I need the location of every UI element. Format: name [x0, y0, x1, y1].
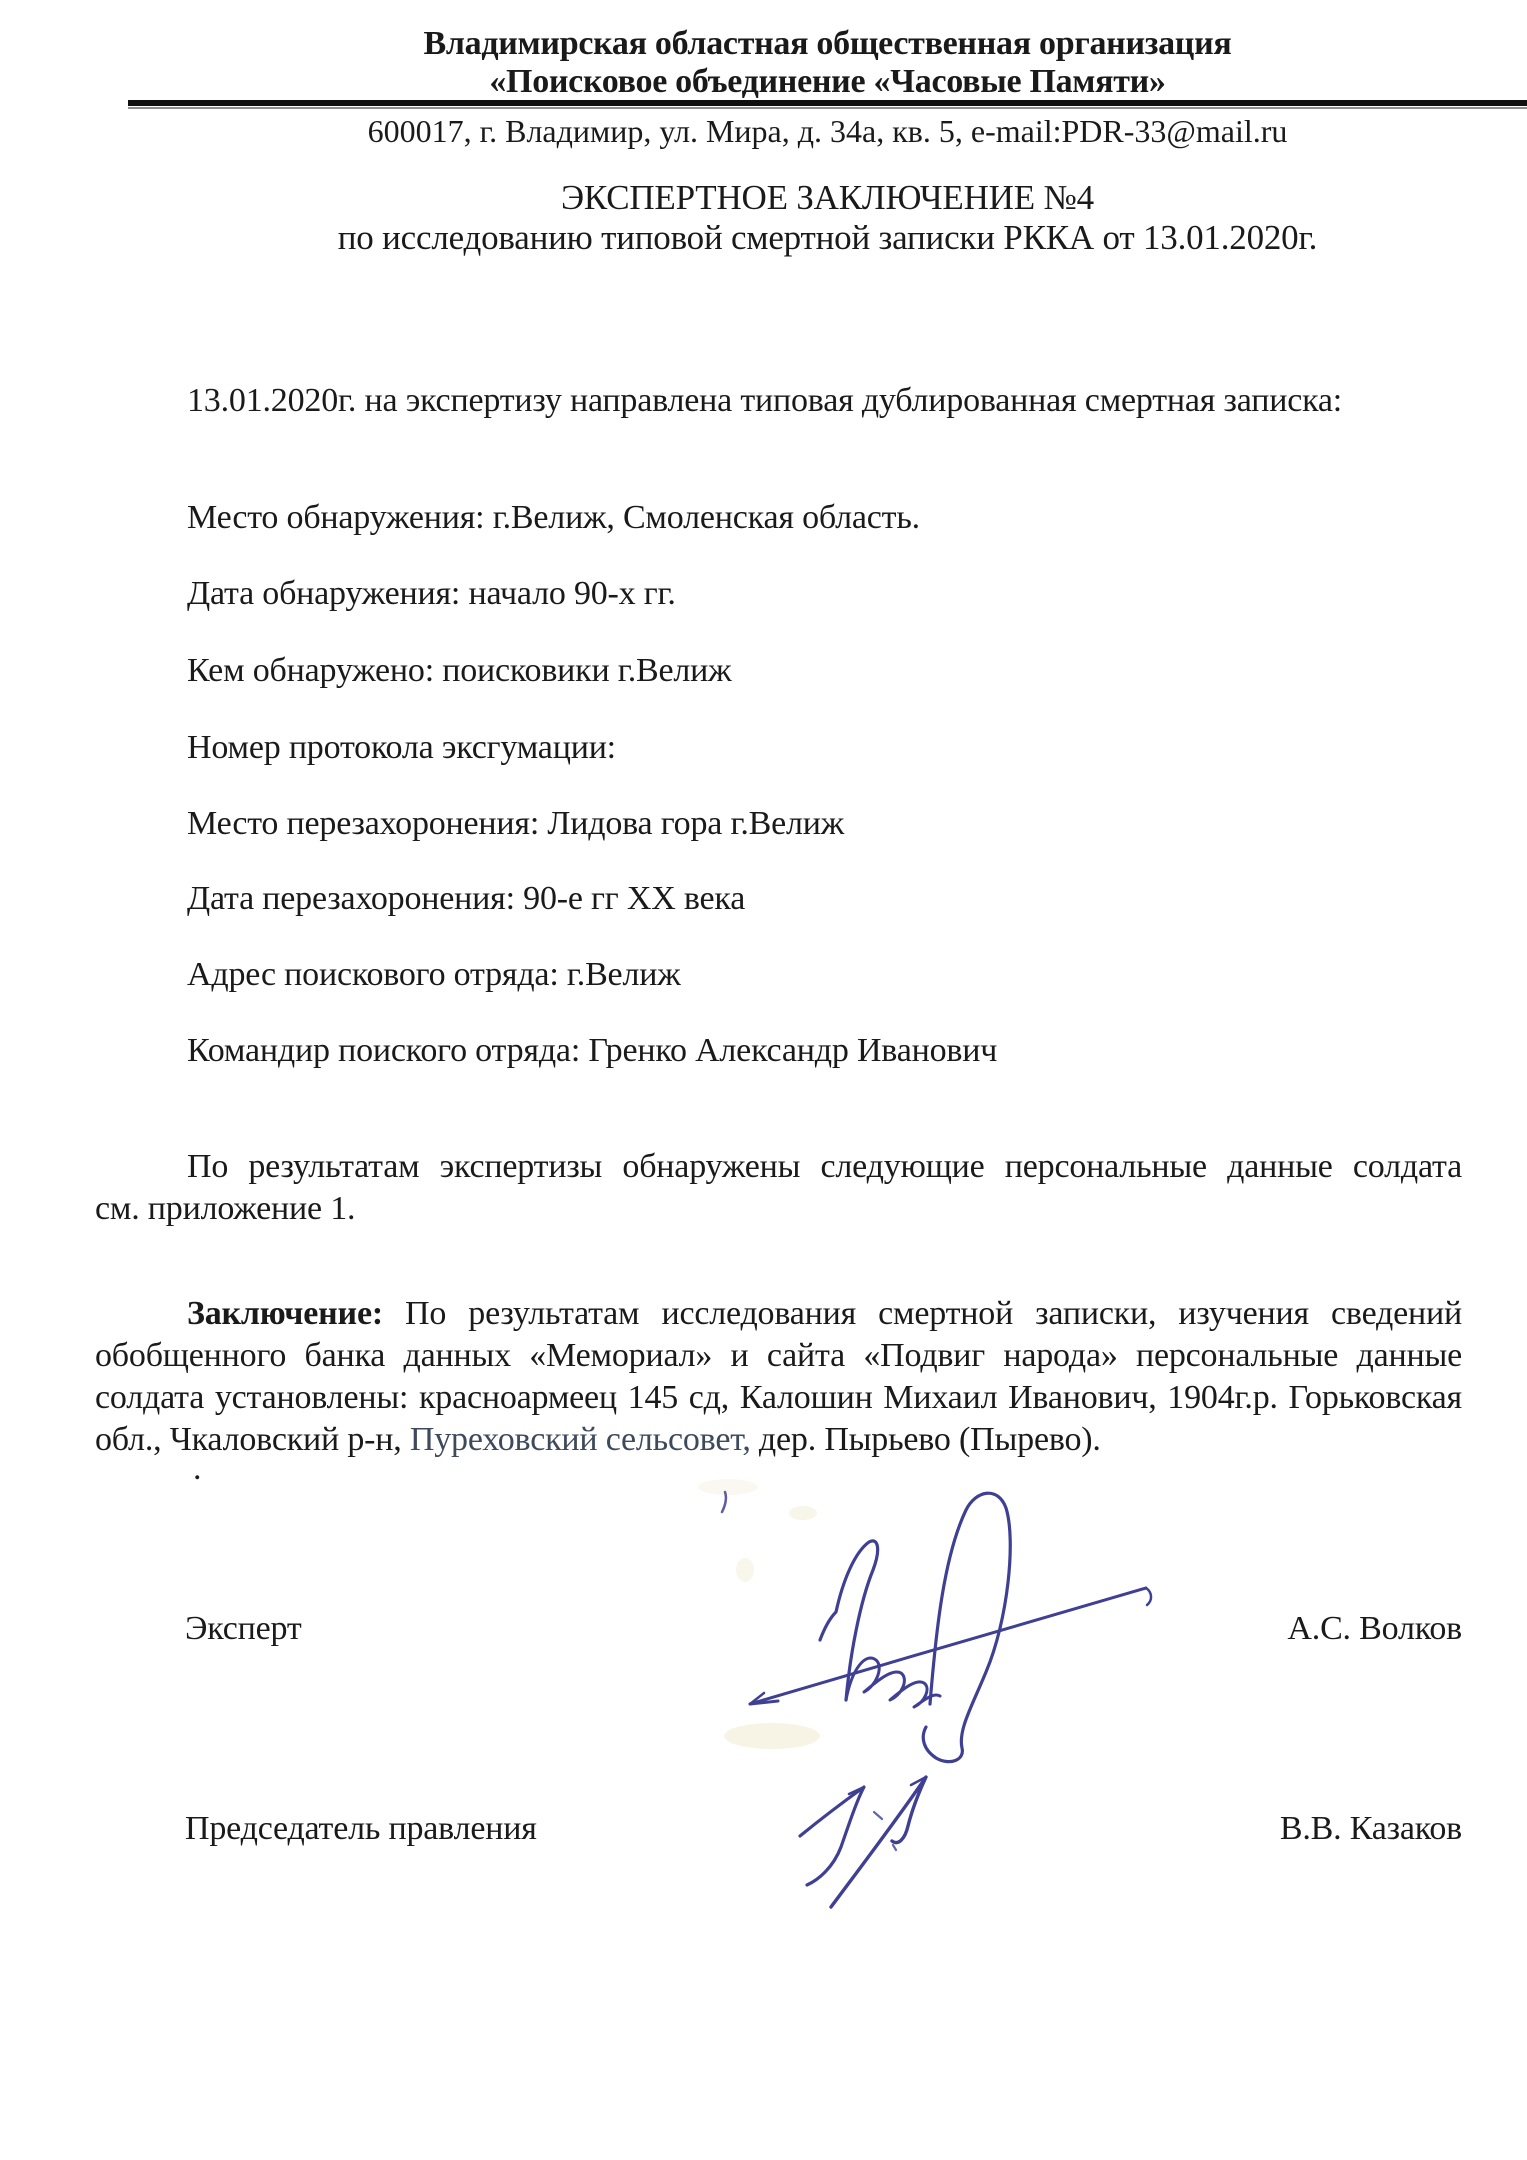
chairman-role-label: Председатель правления: [185, 1808, 537, 1850]
expert-name: А.С. Волков: [1287, 1608, 1462, 1650]
stray-period: .: [193, 1448, 201, 1490]
conclusion-paragraph: Заключение: По результатам исследования …: [95, 1293, 1462, 1461]
field-reburial-place: Место перезахоронения: Лидова гора г.Вел…: [187, 803, 1477, 845]
field-reburial-date: Дата перезахоронения: 90-е гг ХХ века: [187, 878, 1477, 920]
results-text: По результатам экспертизы обнаружены сле…: [187, 1148, 1462, 1185]
field-protocol-number: Номер протокола эксгумации:: [187, 727, 1477, 769]
conclusion-text-after: дер. Пырьево (Пырево).: [751, 1421, 1101, 1458]
intro-paragraph: 13.01.2020г. на экспертизу направлена ти…: [187, 380, 1477, 422]
org-name-line2: «Поисковое объединение «Часовые Памяти»: [128, 62, 1527, 102]
results-paragraph: По результатам экспертизы обнаружены сле…: [95, 1146, 1462, 1230]
header-divider-thick: [128, 100, 1527, 106]
field-place-found: Место обнаружения: г.Велиж, Смоленская о…: [187, 497, 1477, 539]
conclusion-label: Заключение:: [187, 1295, 383, 1332]
header-divider-thin: [128, 107, 1527, 109]
doc-title: ЭКСПЕРТНОЕ ЗАКЛЮЧЕНИЕ №4: [128, 178, 1527, 218]
scan-stain-blobs: [698, 1479, 820, 1749]
signature-kazakov: [800, 1777, 926, 1907]
field-date-found: Дата обнаружения: начало 90-х гг.: [187, 573, 1477, 615]
conclusion-highlight: Пуреховский сельсовет,: [410, 1421, 751, 1458]
chairman-name: В.В. Казаков: [1280, 1808, 1462, 1850]
org-address: 600017, г. Владимир, ул. Мира, д. 34а, к…: [128, 112, 1527, 150]
document-page: Владимирская областная общественная орга…: [0, 0, 1527, 2160]
org-name-line1: Владимирская областная общественная орга…: [128, 24, 1527, 64]
field-squad-address: Адрес поискового отряда: г.Велиж: [187, 954, 1477, 996]
field-found-by: Кем обнаружено: поисковики г.Велиж: [187, 650, 1477, 692]
results-tail: см. приложение 1.: [95, 1190, 355, 1227]
signatures-artwork: [640, 1460, 1200, 1930]
signature-volkov: [722, 1492, 1151, 1762]
field-squad-commander: Командир поиского отряда: Гренко Алексан…: [187, 1030, 1477, 1072]
doc-subtitle: по исследованию типовой смертной записки…: [128, 218, 1527, 258]
expert-role-label: Эксперт: [185, 1608, 302, 1650]
